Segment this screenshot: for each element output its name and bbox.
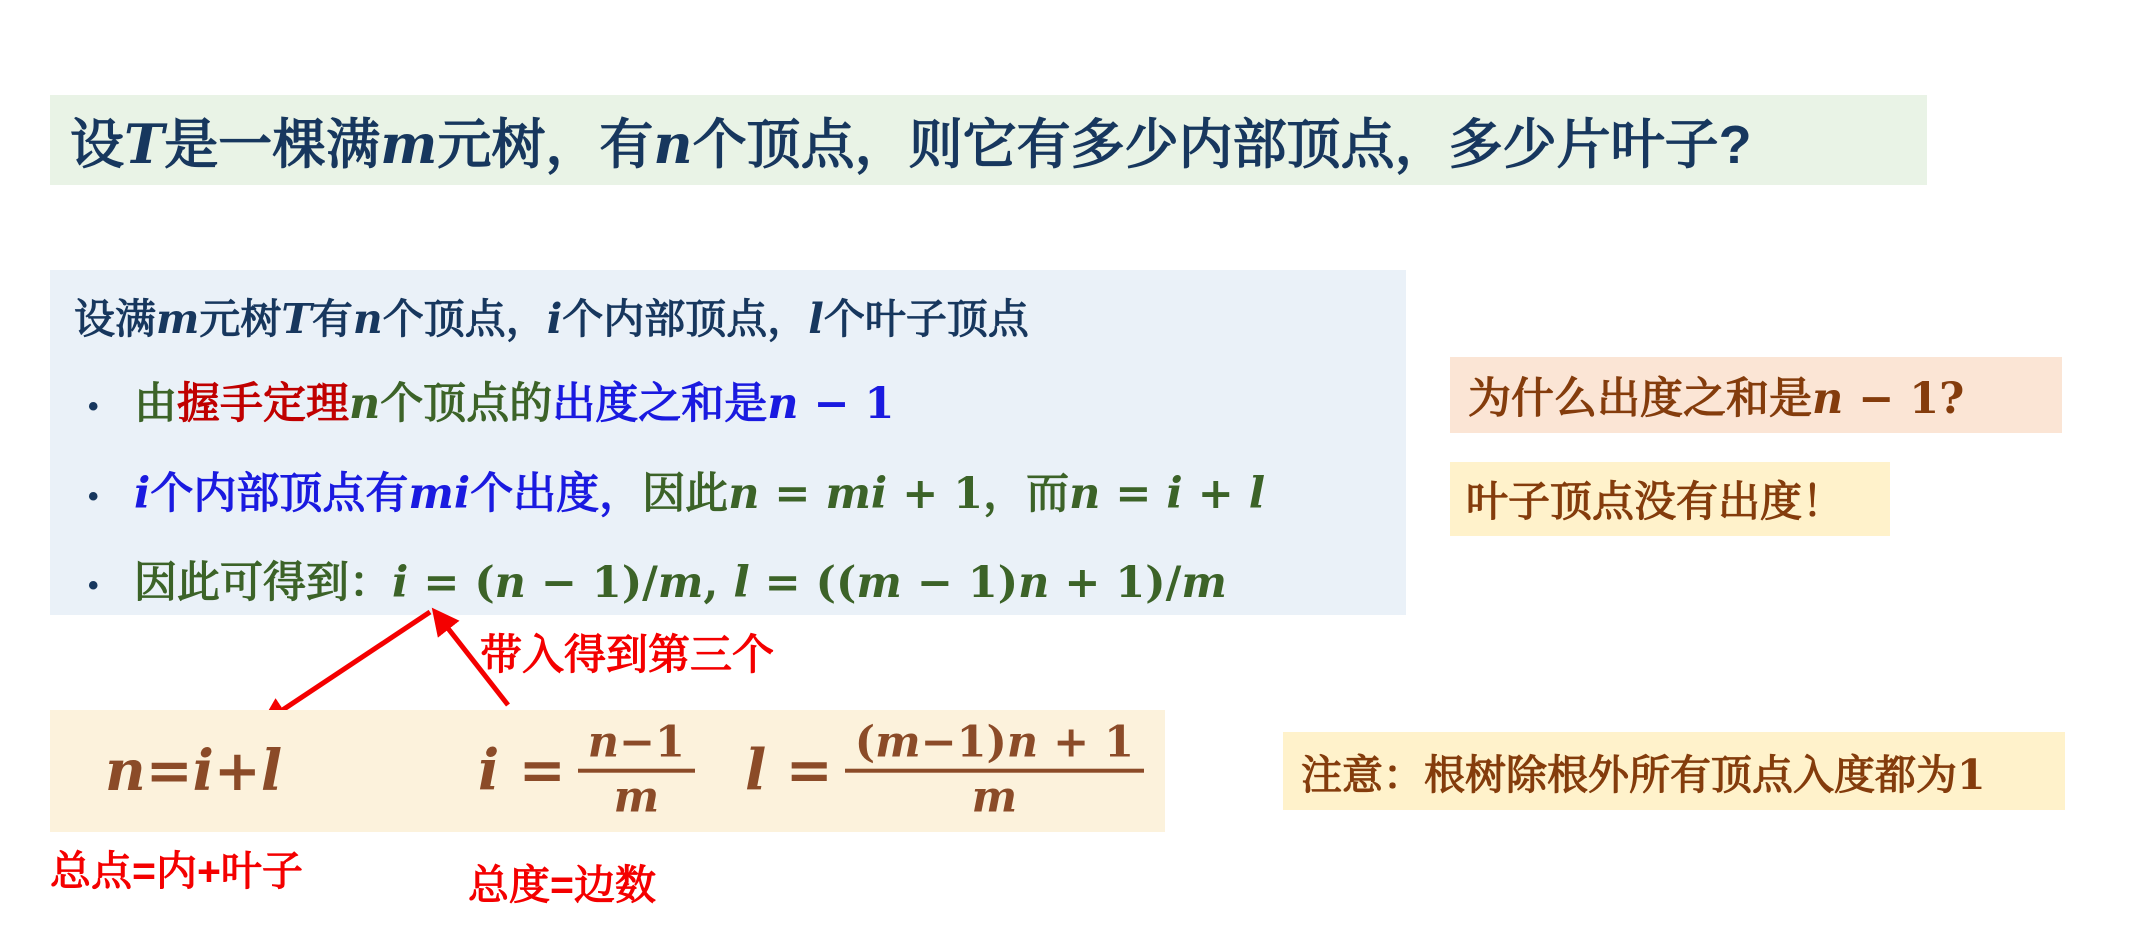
text-segment: l: [808, 295, 824, 343]
text-segment: − 1)/: [526, 558, 658, 608]
text-segment: mi: [825, 469, 887, 519]
text-segment: 个顶点，则它有多少内部顶点，多少片叶子?: [693, 115, 1752, 175]
text-segment: m: [875, 718, 921, 768]
slide-title: 设T是一棵满m元树，有n个顶点，则它有多少内部顶点，多少片叶子?: [70, 102, 1752, 179]
text-segment: i: [547, 295, 563, 343]
text-segment: n: [767, 379, 798, 429]
formula-total-vertices: n = i + l: [105, 738, 282, 804]
title-banner: 设T是一棵满m元树，有n个顶点，则它有多少内部顶点，多少片叶子?: [50, 95, 1927, 185]
text-segment: n: [1812, 374, 1843, 424]
text-segment: i: [1166, 469, 1182, 519]
text-segment: 握手定理: [177, 380, 349, 428]
text-segment: 设满: [74, 296, 156, 342]
bullet-handshake: •由握手定理n个顶点的出度之和是n − 1: [88, 370, 894, 431]
text-segment: −1): [921, 718, 1007, 768]
text-segment: n: [1018, 558, 1049, 608]
text-segment: =: [759, 469, 825, 519]
text-segment: 出度之和是: [552, 380, 767, 428]
formula-internal-vertices: i = n−1 m: [478, 720, 695, 823]
fraction-denominator: m: [614, 773, 660, 822]
text-segment: m: [972, 773, 1018, 823]
text-segment: m: [614, 773, 660, 823]
text-segment: m: [156, 295, 199, 343]
text-segment: ，而: [983, 470, 1069, 518]
text-segment: 个内部顶点，: [562, 296, 808, 342]
text-segment: m: [658, 558, 704, 608]
text-segment: + 1: [887, 469, 983, 519]
text-segment: = ((: [750, 558, 857, 608]
text-segment: + 1)/: [1049, 558, 1181, 608]
text-segment: i: [134, 469, 150, 519]
text-segment: ,: [703, 558, 733, 608]
text-segment: =: [1100, 469, 1166, 519]
text-segment: T: [124, 112, 164, 176]
annotation-total-degree: 总度=边数: [468, 852, 656, 911]
text-segment: n: [728, 469, 759, 519]
text-segment: mi: [408, 469, 470, 519]
bullet-dot: •: [88, 569, 134, 603]
text-segment: i: [478, 738, 499, 804]
text-segment: 个内部顶点有: [150, 470, 408, 518]
text-segment: n: [1007, 718, 1038, 768]
slide-canvas: 设T是一棵满m元树，有n个顶点，则它有多少内部顶点，多少片叶子? 设满m元树T有…: [0, 0, 2153, 944]
result-formula-bar: n = i + l i = n−1 m l = (m−1)n + 1 m: [50, 710, 1165, 832]
text-segment: l: [745, 738, 766, 804]
text-segment: 因此: [642, 470, 728, 518]
text-segment: n: [349, 379, 380, 429]
fraction: (m−1)n + 1 m: [845, 720, 1144, 823]
bullet-outdegree-text: i个内部顶点有mi个出度，因此n = mi + 1，而n = i + l: [134, 470, 1265, 518]
text-segment: 设: [70, 115, 124, 175]
text-segment: i: [193, 738, 214, 804]
formula-leaf-vertices: l = (m−1)n + 1 m: [745, 720, 1144, 823]
text-segment: 1: [1957, 751, 1986, 799]
text-segment: +: [214, 738, 261, 804]
note-indegree: 注意：根树除根外所有顶点入度都为1: [1283, 732, 2065, 810]
text-segment: 个出度，: [470, 470, 642, 518]
bullet-handshake-text: 由握手定理n个顶点的出度之和是n − 1: [134, 380, 894, 428]
text-segment: − 1?: [1843, 374, 1964, 424]
text-segment: − 1: [799, 379, 895, 429]
callout-why-sum-text: 为什么出度之和是n − 1?: [1468, 365, 1964, 426]
text-segment: l: [1249, 469, 1265, 519]
text-segment: =: [146, 738, 193, 804]
text-segment: 注意：根树除根外所有顶点入度都为: [1301, 752, 1957, 798]
arrow-to-sum-formula: [266, 612, 430, 721]
text-segment: (: [855, 718, 875, 768]
bullet-dot: •: [88, 390, 134, 424]
text-segment: 元树，有: [437, 115, 653, 175]
text-segment: T: [281, 295, 312, 343]
text-segment: 由: [134, 380, 177, 428]
text-segment: n: [588, 718, 619, 768]
text-segment: l: [733, 558, 749, 608]
callout-why-sum: 为什么出度之和是n − 1?: [1450, 357, 2062, 433]
callout-leaves-text: 叶子顶点没有出度！: [1466, 469, 1844, 529]
text-segment: − 1): [902, 558, 1018, 608]
text-segment: m: [380, 112, 437, 176]
note-indegree-text: 注意：根树除根外所有顶点入度都为1: [1301, 742, 1986, 801]
fraction-numerator: n−1: [578, 720, 695, 773]
formula-i-lhs: i =: [478, 738, 566, 804]
text-segment: n: [653, 112, 692, 176]
text-segment: +: [1183, 469, 1249, 519]
text-segment: m: [856, 558, 902, 608]
text-segment: 有: [312, 296, 353, 342]
fraction-numerator: (m−1)n + 1: [845, 720, 1144, 773]
text-segment: −1: [619, 718, 685, 768]
text-segment: + 1: [1038, 718, 1134, 768]
text-segment: 个顶点，: [383, 296, 547, 342]
bullet-dot: •: [88, 480, 134, 514]
text-segment: n: [1069, 469, 1100, 519]
text-segment: 是一棵满: [164, 115, 380, 175]
callout-leaves: 叶子顶点没有出度！: [1450, 462, 1890, 536]
derivation-panel: 设满m元树T有n个顶点，i个内部顶点，l个叶子顶点 •由握手定理n个顶点的出度之…: [50, 270, 1406, 615]
text-segment: =: [499, 738, 565, 804]
text-segment: 个叶子顶点: [824, 296, 1029, 342]
text-segment: n: [105, 738, 146, 804]
text-segment: =: [766, 738, 832, 804]
fraction-denominator: m: [972, 773, 1018, 822]
text-segment: n: [353, 295, 383, 343]
formula-l-lhs: l =: [745, 738, 833, 804]
fraction: n−1 m: [578, 720, 695, 823]
annotation-total-points: 总点=内+叶子: [50, 838, 303, 897]
text-segment: l: [261, 738, 282, 804]
assumption-line: 设满m元树T有n个顶点，i个内部顶点，l个叶子顶点: [74, 286, 1029, 345]
annotation-substitute: 带入得到第三个: [480, 622, 774, 682]
text-segment: 个顶点的: [380, 380, 552, 428]
bullet-outdegree: •i个内部顶点有mi个出度，因此n = mi + 1，而n = i + l: [88, 460, 1265, 521]
text-segment: 为什么出度之和是: [1468, 375, 1812, 423]
text-segment: 元树: [199, 296, 281, 342]
text-segment: m: [1181, 558, 1227, 608]
